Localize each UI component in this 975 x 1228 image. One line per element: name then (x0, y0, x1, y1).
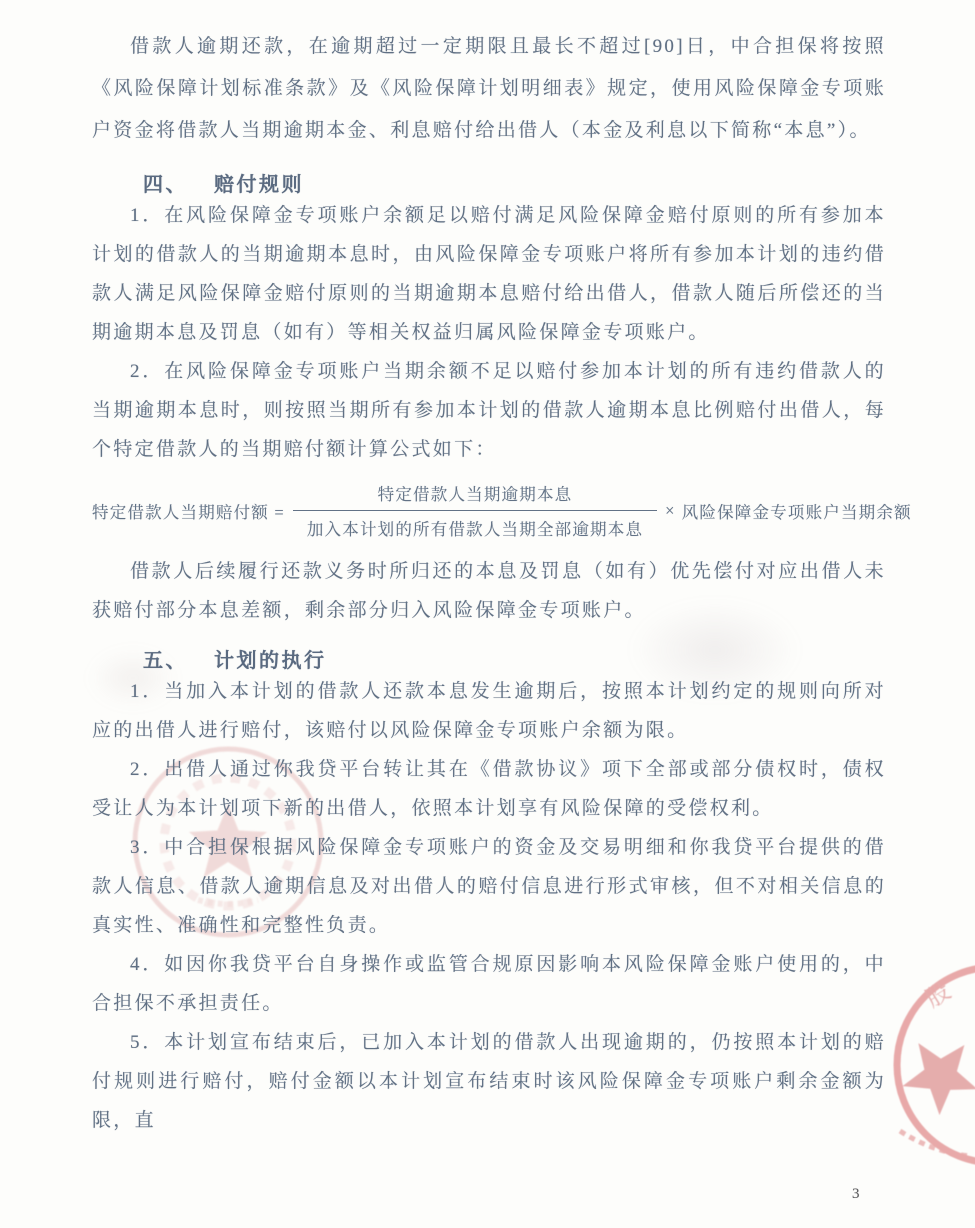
section-4-number: 四、 (143, 168, 188, 197)
section-4-heading: 四、 赔付规则 (92, 168, 886, 196)
formula-right-side: 风险保障金专项账户当期余额 (682, 499, 912, 523)
formula-numerator: 特定借款人当期逾期本息 (364, 481, 587, 510)
section-4-paragraph-2: 2．在风险保障金专项账户当期余额不足以赔付参加本计划的所有违约借款人的当期逾期本… (92, 352, 886, 469)
section-4-paragraph-3: 借款人后续履行还款义务时所归还的本息及罚息（如有）优先偿付对应出借人未获赔付部分… (92, 552, 886, 630)
section-5-paragraph-4: 4．如因你我贷平台自身操作或监管合规原因影响本风险保障金账户使用的，中合担保不承… (92, 945, 886, 1023)
formula-denominator: 加入本计划的所有借款人当期全部逾期本息 (293, 510, 657, 540)
page-number: 3 (852, 1186, 860, 1203)
formula-multiplication-sign: × (665, 501, 676, 521)
formula-fraction: 特定借款人当期逾期本息 加入本计划的所有借款人当期全部逾期本息 (293, 481, 657, 540)
section-4-title: 赔付规则 (214, 168, 304, 197)
section-5-paragraph-1: 1．当加入本计划的借款人还款本息发生逾期后，按照本计划约定的规则向所对应的出借人… (92, 672, 886, 750)
section-5-heading: 五、 计划的执行 (92, 644, 886, 672)
section-5-paragraph-3: 3．中合担保根据风险保障金专项账户的资金及交易明细和你我贷平台提供的借款人信息、… (92, 828, 886, 945)
seal-character: 股 (921, 978, 955, 1013)
compensation-formula: 特定借款人当期赔付额 = 特定借款人当期逾期本息 加入本计划的所有借款人当期全部… (92, 481, 886, 540)
scanned-document-page: 借款人逾期还款，在逾期超过一定期限且最长不超过[90]日，中合担保将按照《风险保… (0, 0, 975, 1228)
section-5-number: 五、 (143, 644, 188, 673)
document-content: 借款人逾期还款，在逾期超过一定期限且最长不超过[90]日，中合担保将按照《风险保… (92, 26, 886, 1140)
company-seal-partial-icon: 股 (870, 956, 975, 1174)
intro-paragraph: 借款人逾期还款，在逾期超过一定期限且最长不超过[90]日，中合担保将按照《风险保… (92, 26, 886, 152)
section-5-paragraph-2: 2．出借人通过你我贷平台转让其在《借款协议》项下全部或部分债权时，债权受让人为本… (92, 750, 886, 828)
section-4-paragraph-1: 1．在风险保障金专项账户余额足以赔付满足风险保障金赔付原则的所有参加本计划的借款… (92, 196, 886, 352)
formula-left-side: 特定借款人当期赔付额 = (92, 499, 285, 523)
section-5-paragraph-5: 5．本计划宣布结束后，已加入本计划的借款人出现逾期的，仍按照本计划的赔付规则进行… (92, 1023, 886, 1140)
section-5-title: 计划的执行 (214, 644, 327, 673)
